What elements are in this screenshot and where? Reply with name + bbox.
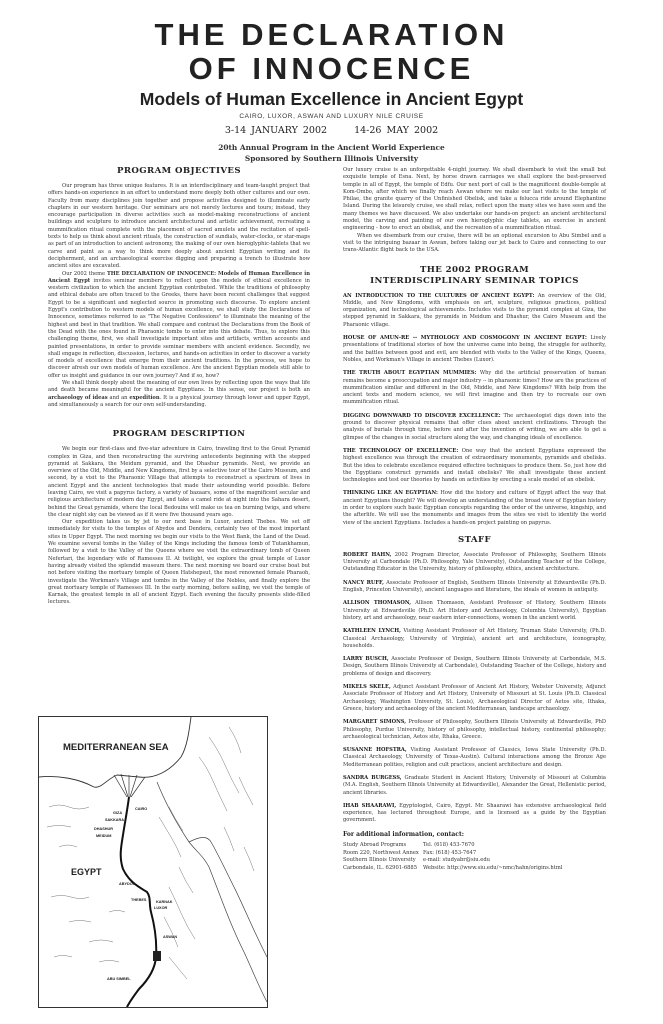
staff-member: KATHLEEN LYNCH, Visiting Assistant Profe… bbox=[343, 628, 606, 650]
staff-member: SANDRA BURGESS, Graduate Student in Anci… bbox=[343, 775, 606, 797]
staff-name: KATHLEEN LYNCH, bbox=[343, 628, 401, 634]
staff-member: ROBERT HAHN, 2002 Program Director, Asso… bbox=[343, 552, 606, 574]
map-country-label: EGYPT bbox=[71, 867, 102, 877]
objectives-p3-lead: We shall think deeply about the meaning … bbox=[48, 380, 310, 393]
staff-name: MARGARET SIMONS, bbox=[343, 719, 406, 725]
staff-member: SUSANNE HOFSTRA, Visiting Assistant Prof… bbox=[343, 747, 606, 769]
objectives-paragraph-3: We shall think deeply about the meaning … bbox=[48, 380, 310, 409]
staff-name: SUSANNE HOFSTRA, bbox=[343, 747, 407, 753]
staff-member: NANCY RUFF, Associate Professor of Engli… bbox=[343, 580, 606, 595]
seminar-topic: THE TECHNOLOGY OF EXCELLENCE: One way th… bbox=[343, 448, 606, 484]
map-city-giza: GIZA bbox=[113, 811, 122, 815]
seminar-topic: DIGGING DOWNWARD TO DISCOVER EXCELLENCE:… bbox=[343, 413, 606, 442]
topic-title: DIGGING DOWNWARD TO DISCOVER EXCELLENCE: bbox=[343, 413, 501, 419]
objectives-paragraph-1: Our program has three unique features. I… bbox=[48, 183, 310, 271]
map-city-abu-simbel: ABU SIMBEL bbox=[107, 977, 131, 981]
topic-title: AN INTRODUCTION TO THE CULTURES OF ANCIE… bbox=[343, 293, 534, 299]
cruise-paragraph-2: When we disembark from our cruise, there… bbox=[343, 233, 606, 255]
annual-program: 20th Annual Program in the Ancient World… bbox=[0, 142, 663, 164]
map-sea-label: MEDITERRANEAN SEA bbox=[63, 742, 169, 753]
map-city-thebes: THEBES bbox=[131, 898, 146, 902]
annual-line: 20th Annual Program in the Ancient World… bbox=[0, 142, 663, 153]
staff-member: ALLISON THOMASON, Allison Thomason, Assi… bbox=[343, 600, 606, 622]
staff-name: SANDRA BURGESS, bbox=[343, 775, 402, 781]
contact-details: Tel. (618) 453-7670 Fax: (618) 453-7647 … bbox=[423, 842, 562, 872]
description-paragraph-2: Our expedition takes us by jet to our ne… bbox=[48, 519, 310, 607]
date-january: 3-14 JANUARY 2002 bbox=[225, 125, 327, 136]
subtitle: Models of Human Excellence in Ancient Eg… bbox=[0, 88, 663, 110]
cruise-paragraph-1: Our luxury cruise is an unforgettable 4-… bbox=[343, 167, 606, 233]
seminar-topic: HOUSE OF AMUN-RE -- MYTHOLOGY AND COSMOG… bbox=[343, 335, 606, 364]
contact-grid: Study Abroad Programs Room 220, Northwes… bbox=[343, 842, 606, 872]
staff-member: MARGARET SIMONS, Professor of Philosophy… bbox=[343, 719, 606, 741]
topic-title: HOUSE OF AMUN-RE -- MYTHOLOGY AND COSMOG… bbox=[343, 335, 587, 341]
map-city-cairo: CAIRO bbox=[135, 807, 147, 811]
sponsor-line: Sponsored by Southern Illinois Universit… bbox=[0, 153, 663, 164]
seminar-topic: THE TRUTH ABOUT EGYPTIAN MUMMIES: Why di… bbox=[343, 370, 606, 406]
staff-name: IHAB SHAARAWI, bbox=[343, 803, 396, 809]
staff-heading: STAFF bbox=[343, 535, 606, 546]
topic-title: THE TRUTH ABOUT EGYPTIAN MUMMIES: bbox=[343, 370, 476, 376]
contact-website[interactable]: Website: http://www.siu.edu/~nmc/hahn/or… bbox=[423, 865, 562, 873]
description-heading: PROGRAM DESCRIPTION bbox=[48, 429, 310, 440]
contact-address: Study Abroad Programs Room 220, Northwes… bbox=[343, 842, 423, 872]
contact-phone: Tel. (618) 453-7670 bbox=[423, 842, 562, 850]
staff-name: MIKELS SKELE, bbox=[343, 684, 391, 690]
expedition-term: expedition bbox=[129, 395, 159, 401]
map-city-abydos: ABYDOS bbox=[119, 882, 135, 886]
map-city-luxor: LUXOR bbox=[154, 906, 167, 910]
topic-title: THINKING LIKE AN EGYPTIAN: bbox=[343, 490, 438, 496]
address-line: Room 220, Northwest Annex bbox=[343, 850, 423, 858]
objectives-paragraph-2: Our 2002 theme THE DECLARATION OF INNOCE… bbox=[48, 271, 310, 380]
seminar-heading-line-2: INTERDISCIPLINARY SEMINAR TOPICS bbox=[343, 276, 606, 287]
topic-title: THE TECHNOLOGY OF EXCELLENCE: bbox=[343, 448, 458, 454]
right-column: Our luxury cruise is an unforgettable 4-… bbox=[343, 167, 606, 872]
objectives-p3-mid: and an bbox=[108, 395, 130, 401]
title-line-2: OF INNOCENCE bbox=[0, 52, 663, 86]
archaeology-of-ideas: archaeology of ideas bbox=[48, 395, 108, 401]
seminar-topic: AN INTRODUCTION TO THE CULTURES OF ANCIE… bbox=[343, 293, 606, 329]
seminar-topic: THINKING LIKE AN EGYPTIAN: How did the h… bbox=[343, 490, 606, 526]
staff-name: ALLISON THOMASON, bbox=[343, 600, 411, 606]
seminar-heading-line-1: THE 2002 PROGRAM bbox=[343, 265, 606, 276]
dates: 3-14 JANUARY 2002 14-26 MAY 2002 bbox=[0, 125, 663, 136]
map-city-dhashur: DHASHUR bbox=[94, 827, 113, 831]
contact-email[interactable]: e-mail: studyabr@siu.edu bbox=[423, 857, 562, 865]
staff-name: NANCY RUFF, bbox=[343, 580, 384, 586]
address-line: Study Abroad Programs bbox=[343, 842, 423, 850]
page-header: THE DECLARATION OF INNOCENCE Models of H… bbox=[0, 18, 663, 164]
objectives-p2-lead: Our 2002 theme bbox=[62, 271, 107, 277]
staff-name: LARRY BUSCH, bbox=[343, 656, 389, 662]
egypt-map: MEDITERRANEAN SEA EGYPT CAIRO GIZA SAKKA… bbox=[38, 716, 268, 1008]
description-paragraph-1: We begin our first-class and five-star a… bbox=[48, 446, 310, 519]
objectives-heading: PROGRAM OBJECTIVES bbox=[48, 166, 310, 177]
map-city-aswan: ASWAN bbox=[163, 935, 177, 939]
staff-name: ROBERT HAHN, bbox=[343, 552, 391, 558]
address-line: Carbondale, IL. 62901-6885 bbox=[343, 865, 423, 873]
contact-heading: For additional information, contact: bbox=[343, 831, 606, 838]
date-may: 14-26 MAY 2002 bbox=[354, 125, 438, 136]
staff-member: LARRY BUSCH, Associate Professor of Desi… bbox=[343, 656, 606, 678]
seminar-heading: THE 2002 PROGRAM INTERDISCIPLINARY SEMIN… bbox=[343, 265, 606, 287]
left-column: PROGRAM OBJECTIVES Our program has three… bbox=[48, 166, 310, 607]
contact-block: For additional information, contact: Stu… bbox=[343, 831, 606, 873]
map-city-meidum: MEIDUM bbox=[96, 834, 111, 838]
locations: CAIRO, LUXOR, ASWAN AND LUXURY NILE CRUI… bbox=[0, 113, 663, 120]
title-line-1: THE DECLARATION bbox=[0, 18, 663, 52]
staff-member: IHAB SHAARAWI, Egyptologist, Cairo, Egyp… bbox=[343, 803, 606, 825]
map-city-karnak: KARNAK bbox=[156, 900, 172, 904]
objectives-p2-body: invites seminar members to reflect upon … bbox=[48, 278, 310, 379]
map-city-sakkara: SAKKARA bbox=[105, 818, 124, 822]
address-line: Southern Illinois University bbox=[343, 857, 423, 865]
map-drawing bbox=[39, 717, 267, 1007]
staff-member: MIKELS SKELE, Adjunct Assistant Professo… bbox=[343, 684, 606, 713]
